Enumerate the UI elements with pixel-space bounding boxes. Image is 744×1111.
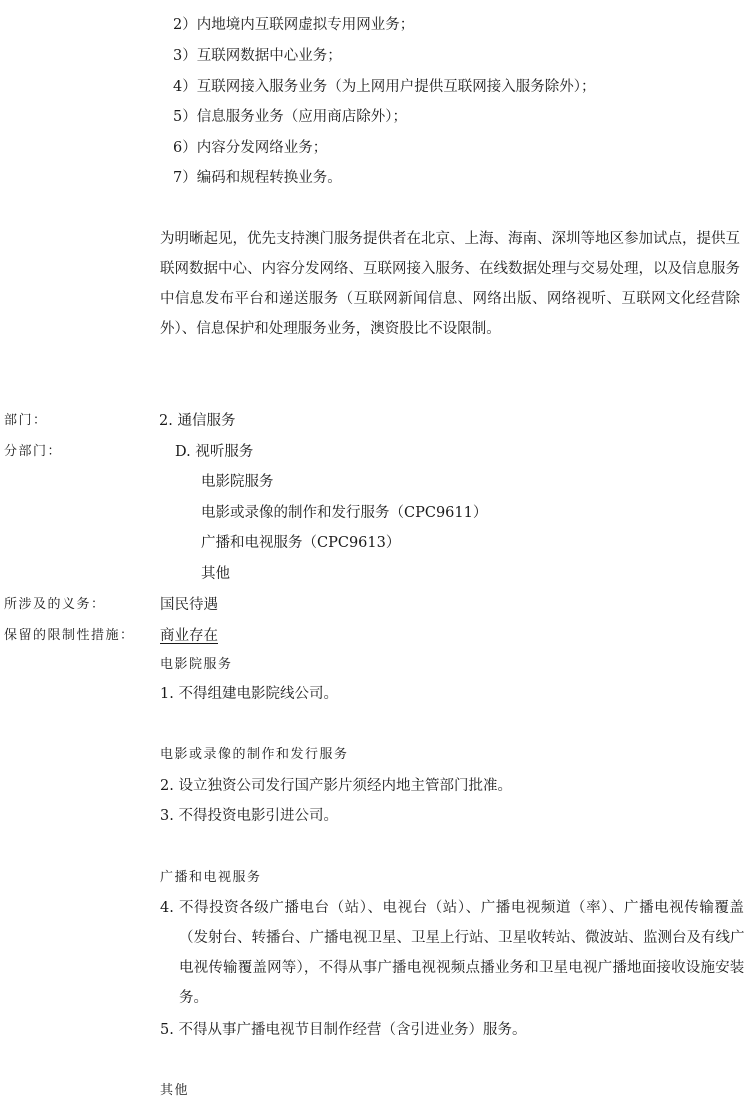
list-item: 6）内容分发网络业务； bbox=[173, 138, 327, 158]
list-item: 3）互联网数据中心业务； bbox=[173, 46, 342, 66]
obligation-value: 国民待遇 bbox=[160, 595, 218, 615]
film-heading: 电影或录像的制作和发行服务 bbox=[160, 745, 349, 765]
list-item: 4）互联网接入服务业务（为上网用户提供互联网接入服务除外）； bbox=[173, 77, 595, 97]
measure-item-3: 3. 不得投资电影引进公司。 bbox=[160, 806, 338, 826]
measure-item-1: 1. 不得组建电影院线公司。 bbox=[160, 684, 338, 704]
obligation-label: 所涉及的义务： bbox=[4, 595, 106, 615]
measure-item-4: 4. 不得投资各级广播电台（站）、电视台（站）、广播电视频道（率）、广播电视传输… bbox=[160, 893, 744, 1013]
cinema-heading: 电影院服务 bbox=[160, 655, 233, 675]
other-heading: 其他 bbox=[160, 1081, 189, 1101]
subsector-item: 电影或录像的制作和发行服务（CPC9611） bbox=[201, 503, 487, 523]
list-item: 5）信息服务业务（应用商店除外）； bbox=[173, 107, 407, 127]
pilot-paragraph: 为明晰起见，优先支持澳门服务提供者在北京、上海、海南、深圳等地区参加试点，提供互… bbox=[160, 224, 740, 344]
sector-label: 部门： bbox=[4, 411, 48, 431]
sector-value: 2. 通信服务 bbox=[159, 411, 235, 431]
subsector-item: 其他 bbox=[201, 564, 230, 584]
measures-label: 保留的限制性措施： bbox=[4, 626, 135, 646]
subsector-label: 分部门： bbox=[4, 442, 62, 462]
list-item: 7）编码和规程转换业务。 bbox=[173, 168, 342, 188]
broadcast-heading: 广播和电视服务 bbox=[160, 868, 262, 888]
measure-item-5: 5. 不得从事广播电视节目制作经营（含引进业务）服务。 bbox=[160, 1020, 526, 1040]
subsector-item: 电影院服务 bbox=[201, 472, 274, 492]
measure-item-2: 2. 设立独资公司发行国产影片须经内地主管部门批准。 bbox=[160, 776, 512, 796]
measures-value: 商业存在 bbox=[160, 626, 218, 646]
list-item: 2）内地境内互联网虚拟专用网业务； bbox=[173, 15, 414, 35]
subsector-item: 广播和电视服务（CPC9613） bbox=[201, 533, 400, 553]
subsector-value: D. 视听服务 bbox=[175, 442, 253, 462]
